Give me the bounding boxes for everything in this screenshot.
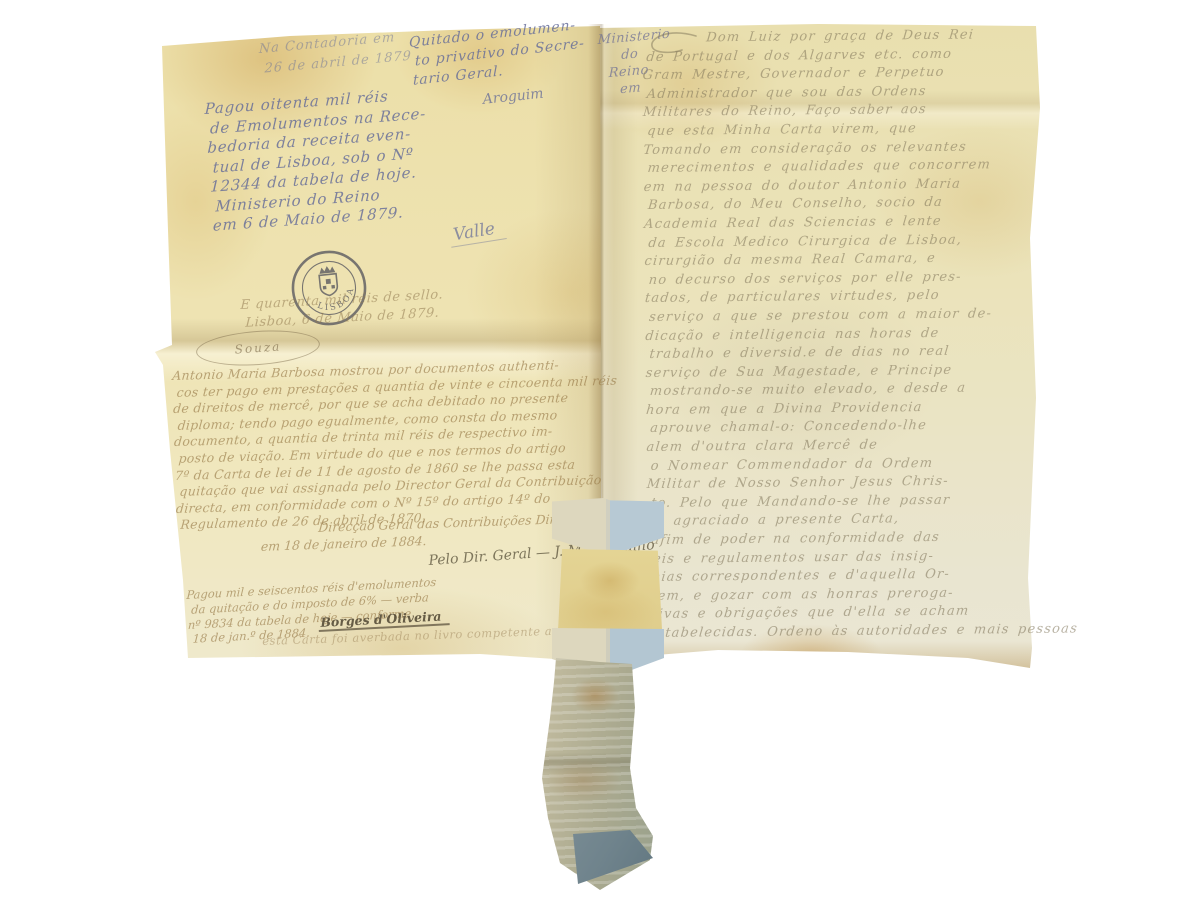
royal-charter-text: Dom Luiz por graça de Deus Reide Portuga… bbox=[642, 26, 1078, 644]
note-pagou-oitenta-mil-reis: Pagou oitenta mil réisde Emolumentos na … bbox=[204, 85, 429, 236]
ribbon-stained-middle bbox=[558, 549, 662, 633]
paragraph-quitacao: Antonio Maria Barbosa mostrou por docume… bbox=[172, 356, 617, 534]
oval-signature-text: Souza bbox=[234, 339, 282, 356]
photo-of-royal-charter-document: Na Contadoria em26 de abril de 1879 Quit… bbox=[0, 0, 1200, 900]
